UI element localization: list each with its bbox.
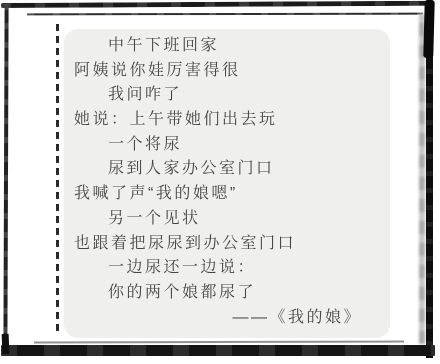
- dashed-margin-rule: [56, 24, 59, 334]
- frame-right-shadow: [419, 14, 425, 344]
- poem-line: 中午下班回家: [74, 34, 362, 59]
- poem-panel: 中午下班回家阿姨说你娃厉害得很我问咋了她说：上午带她们出去玩一个将尿尿到人家办公…: [64, 29, 390, 338]
- poem-line: 我喊了声“我的娘嗯”: [74, 182, 362, 207]
- poem-line: ——《我的娘》: [74, 306, 362, 331]
- frame-left-stroke: [3, 4, 8, 351]
- poem-line: 她说：上午带她们出去玩: [74, 108, 362, 133]
- frame-bottom-stroke: [1, 345, 435, 356]
- frame-top-stroke: [1, 1, 434, 8]
- poem-line: 一个将尿: [74, 133, 362, 158]
- frame-bottom-streak: [34, 341, 404, 344]
- poem-line: 尿到人家办公室门口: [74, 157, 362, 182]
- frame-corner-top-right: [423, 0, 435, 58]
- poem-line: 另一个见状: [74, 207, 362, 232]
- frame-corner-bottom-left: [2, 334, 10, 354]
- poem-line: 我问咋了: [74, 83, 362, 108]
- poem-line: 你的两个娘都尿了: [74, 281, 362, 306]
- frame-top-inner-stroke: [27, 13, 423, 16]
- poem-line: 阿姨说你娃厉害得很: [74, 59, 362, 84]
- poem-line: 一边尿还一边说：: [74, 256, 362, 281]
- poem-line: 也跟着把尿尿到办公室门口: [74, 232, 362, 257]
- framed-poem-card: 中午下班回家阿姨说你娃厉害得很我问咋了她说：上午带她们出去玩一个将尿尿到人家办公…: [0, 0, 440, 364]
